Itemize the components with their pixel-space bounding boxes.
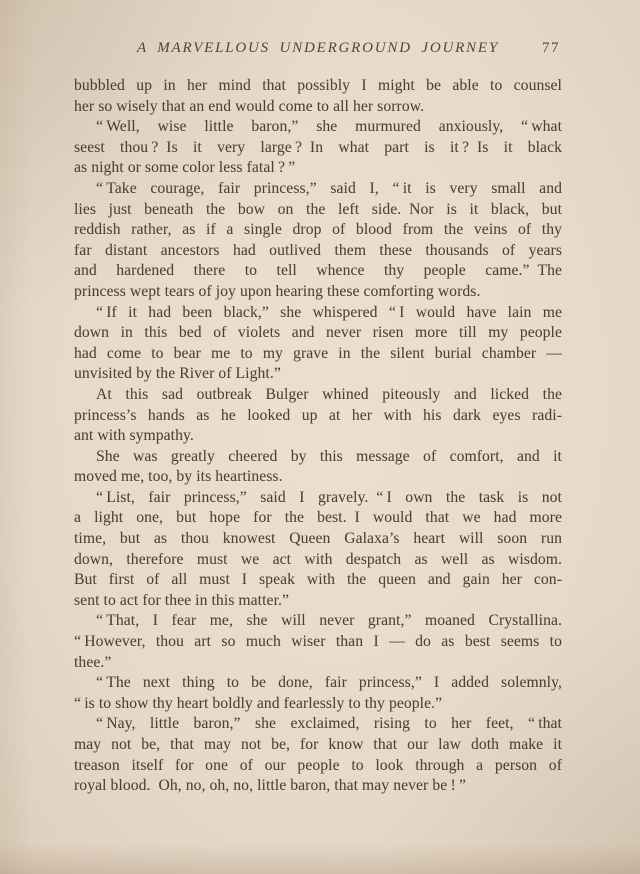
text-line: “ If it had been black,” she whispered “… <box>74 303 562 324</box>
text-line: a light one, but hope for the best. I wo… <box>74 508 562 529</box>
text-line: treason itself for one of our people to … <box>74 756 562 777</box>
text-line: “ Nay, little baron,” she exclaimed, ris… <box>74 714 562 735</box>
text-line: down, therefore must we act with despatc… <box>74 550 562 571</box>
text-line: “ However, thou art so much wiser than I… <box>74 632 562 653</box>
text-line: had come to bear me to my grave in the s… <box>74 344 562 365</box>
text-line: “ Take courage, fair princess,” said I, … <box>74 179 562 200</box>
running-head: A MARVELLOUS UNDERGROUND JOURNEY 77 <box>74 40 562 57</box>
text-line: But first of all must I speak with the q… <box>74 570 562 591</box>
text-line: unvisited by the River of Light.” <box>74 364 562 385</box>
text-block: bubbled up in her mind that possibly I m… <box>74 76 562 797</box>
text-line: lies just beneath the bow on the left si… <box>74 200 562 221</box>
text-line: her so wisely that an end would come to … <box>74 97 562 118</box>
text-line: sent to act for thee in this matter.” <box>74 591 562 612</box>
text-line: reddish rather, as if a single drop of b… <box>74 220 562 241</box>
text-line: as night or some color less fatal ? ” <box>74 158 562 179</box>
text-line: princess’s hands as he looked up at her … <box>74 406 562 427</box>
page-number: 77 <box>542 40 560 57</box>
text-line: seest thou ? Is it very large ? In what … <box>74 138 562 159</box>
text-line: “ is to show thy heart boldly and fearle… <box>74 694 562 715</box>
book-page: A MARVELLOUS UNDERGROUND JOURNEY 77 bubb… <box>0 0 640 874</box>
text-line: far distant ancestors had outlived them … <box>74 241 562 262</box>
text-line: princess wept tears of joy upon hearing … <box>74 282 562 303</box>
text-line: down in this bed of violets and never ri… <box>74 323 562 344</box>
text-line: royal blood. Oh, no, oh, no, little baro… <box>74 776 562 797</box>
text-line: “ The next thing to be done, fair prince… <box>74 673 562 694</box>
text-line: ant with sympathy. <box>74 426 562 447</box>
text-line: “ Well, wise little baron,” she murmured… <box>74 117 562 138</box>
text-line: At this sad outbreak Bulger whined piteo… <box>74 385 562 406</box>
chapter-title: A MARVELLOUS UNDERGROUND JOURNEY <box>74 40 562 57</box>
text-line: time, but as thou knowest Queen Galaxa’s… <box>74 529 562 550</box>
text-line: moved me, too, by its heartiness. <box>74 467 562 488</box>
text-line: She was greatly cheered by this message … <box>74 447 562 468</box>
text-line: may not be, that may not be, for know th… <box>74 735 562 756</box>
text-line: “ List, fair princess,” said I gravely. … <box>74 488 562 509</box>
text-line: “ That, I fear me, she will never grant,… <box>74 611 562 632</box>
text-line: bubbled up in her mind that possibly I m… <box>74 76 562 97</box>
text-line: and hardened there to tell whence thy pe… <box>74 261 562 282</box>
text-line: thee.” <box>74 653 562 674</box>
